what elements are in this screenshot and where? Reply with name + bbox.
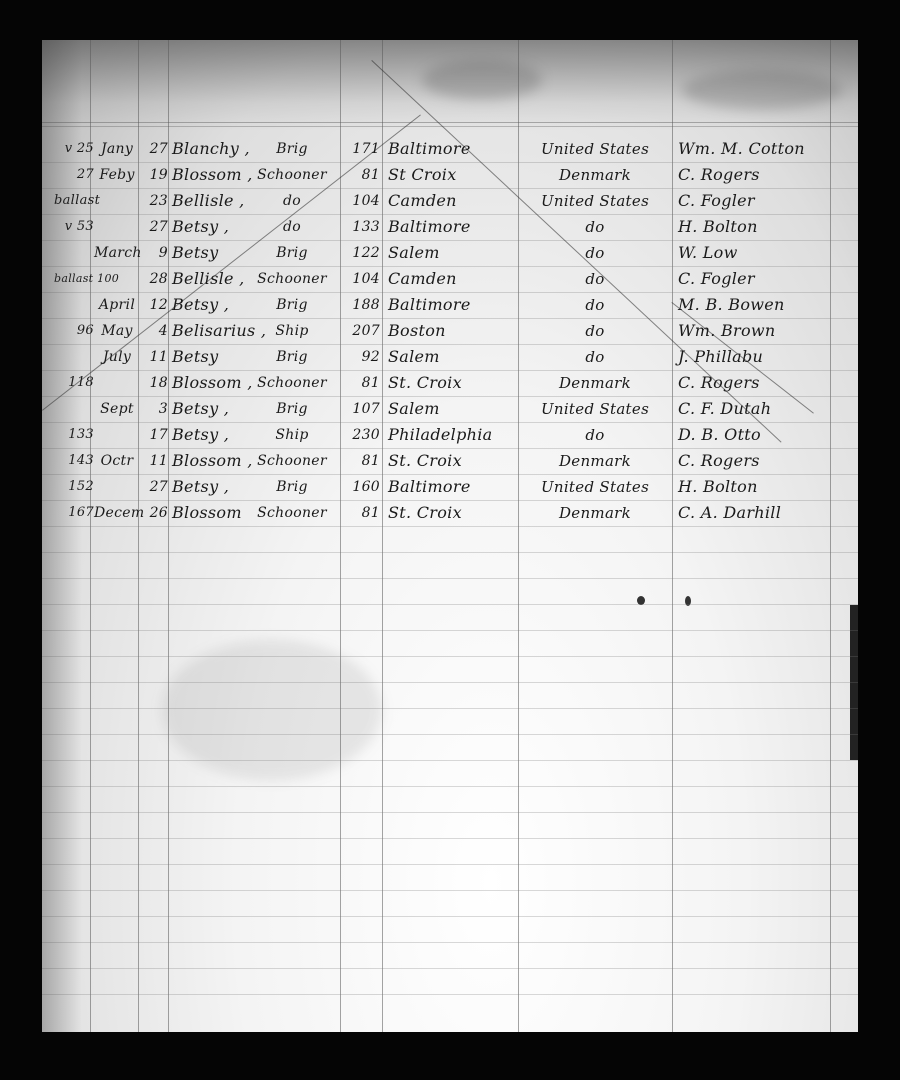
ledger-row: 143 Octr 11 Blossom , Schooner 81 St. Cr… xyxy=(42,448,858,474)
tons-cell: 160 xyxy=(340,474,380,500)
ref-cell xyxy=(54,344,94,370)
header-rule xyxy=(42,122,858,123)
port-cell: Baltimore xyxy=(388,136,518,162)
master-cell: D. B. Otto xyxy=(678,422,848,448)
row-rule xyxy=(42,760,858,761)
nation-cell: do xyxy=(520,240,670,266)
row-rule xyxy=(42,942,858,943)
day-cell: 28 xyxy=(138,266,168,292)
master-cell: Wm. M. Cotton xyxy=(678,136,848,162)
rig-cell: Brig xyxy=(247,136,337,162)
ledger-row: ballast 100 28 Bellisle , Schooner 104 C… xyxy=(42,266,858,292)
master-cell: C. Fogler xyxy=(678,266,848,292)
ref-cell: 167 xyxy=(54,500,94,526)
ref-cell: v 53 xyxy=(54,214,94,240)
port-cell: Camden xyxy=(388,266,518,292)
rig-cell: Schooner xyxy=(247,162,337,188)
rig-cell: Brig xyxy=(247,396,337,422)
row-rule xyxy=(42,916,858,917)
nation-cell: Denmark xyxy=(520,500,670,526)
month-cell: Sept xyxy=(94,396,140,422)
ledger-row: March 9 Betsy Brig 122 Salem do W. Low xyxy=(42,240,858,266)
row-rule xyxy=(42,656,858,657)
day-cell: 19 xyxy=(138,162,168,188)
master-cell: C. Rogers xyxy=(678,448,848,474)
row-rule xyxy=(42,786,858,787)
ref-cell: ballast 100 xyxy=(54,266,94,292)
ledger-row: 133 17 Betsy , Ship 230 Philadelphia do … xyxy=(42,422,858,448)
tons-cell: 92 xyxy=(340,344,380,370)
month-cell: Feby xyxy=(94,162,140,188)
nation-cell: do xyxy=(520,344,670,370)
tons-cell: 81 xyxy=(340,500,380,526)
stain xyxy=(162,640,382,780)
rig-cell: Schooner xyxy=(247,448,337,474)
tons-cell: 81 xyxy=(340,370,380,396)
master-cell: J. Phillabu xyxy=(678,344,848,370)
month-cell: Decem xyxy=(94,500,140,526)
rig-cell: Schooner xyxy=(247,266,337,292)
master-cell: H. Bolton xyxy=(678,474,848,500)
port-cell: Camden xyxy=(388,188,518,214)
row-rule xyxy=(42,682,858,683)
ledger-row: 152 27 Betsy , Brig 160 Baltimore United… xyxy=(42,474,858,500)
day-cell: 17 xyxy=(138,422,168,448)
ledger-row: April 12 Betsy , Brig 188 Baltimore do M… xyxy=(42,292,858,318)
day-cell: 26 xyxy=(138,500,168,526)
ref-cell xyxy=(54,396,94,422)
tons-cell: 171 xyxy=(340,136,380,162)
ref-cell: 96 xyxy=(54,318,94,344)
month-cell: July xyxy=(94,344,140,370)
day-cell: 18 xyxy=(138,370,168,396)
nation-cell: do xyxy=(520,292,670,318)
port-cell: St. Croix xyxy=(388,500,518,526)
port-cell: Salem xyxy=(388,240,518,266)
header-rule xyxy=(42,126,858,127)
rig-cell: Schooner xyxy=(247,500,337,526)
nation-cell: United States xyxy=(520,136,670,162)
port-cell: Philadelphia xyxy=(388,422,518,448)
nation-cell: do xyxy=(520,214,670,240)
month-cell xyxy=(94,266,140,292)
ledger-row: 118 18 Blossom , Schooner 81 St. Croix D… xyxy=(42,370,858,396)
port-cell: Salem xyxy=(388,396,518,422)
day-cell: 11 xyxy=(138,344,168,370)
month-cell xyxy=(94,214,140,240)
nation-cell: do xyxy=(520,318,670,344)
rig-cell: do xyxy=(247,214,337,240)
port-cell: Baltimore xyxy=(388,474,518,500)
stain xyxy=(422,60,542,100)
day-cell: 27 xyxy=(138,136,168,162)
nation-cell: Denmark xyxy=(520,448,670,474)
day-cell: 3 xyxy=(138,396,168,422)
ref-cell: 118 xyxy=(54,370,94,396)
ledger-row: ballast 23 Bellisle , do 104 Camden Unit… xyxy=(42,188,858,214)
rig-cell: Brig xyxy=(247,344,337,370)
nation-cell: Denmark xyxy=(520,162,670,188)
row-rule xyxy=(42,994,858,995)
day-cell: 4 xyxy=(138,318,168,344)
month-cell xyxy=(94,422,140,448)
tons-cell: 207 xyxy=(340,318,380,344)
port-cell: Salem xyxy=(388,344,518,370)
rig-cell: do xyxy=(247,188,337,214)
row-rule xyxy=(42,864,858,865)
row-rule xyxy=(42,812,858,813)
master-cell: H. Bolton xyxy=(678,214,848,240)
tons-cell: 81 xyxy=(340,448,380,474)
row-rule xyxy=(42,604,858,605)
port-cell: Baltimore xyxy=(388,214,518,240)
ref-cell xyxy=(54,292,94,318)
port-cell: St Croix xyxy=(388,162,518,188)
tons-cell: 81 xyxy=(340,162,380,188)
ref-cell: 133 xyxy=(54,422,94,448)
ref-cell: ballast xyxy=(54,188,94,214)
row-rule xyxy=(42,630,858,631)
stain xyxy=(682,70,842,110)
ledger-row: Sept 3 Betsy , Brig 107 Salem United Sta… xyxy=(42,396,858,422)
row-rule xyxy=(42,734,858,735)
port-cell: St. Croix xyxy=(388,448,518,474)
day-cell: 27 xyxy=(138,474,168,500)
ledger-row: 96 May 4 Belisarius , Ship 207 Boston do… xyxy=(42,318,858,344)
ref-cell: 143 xyxy=(54,448,94,474)
row-rule xyxy=(42,890,858,891)
master-cell: C. Fogler xyxy=(678,188,848,214)
day-cell: 12 xyxy=(138,292,168,318)
tons-cell: 107 xyxy=(340,396,380,422)
day-cell: 9 xyxy=(138,240,168,266)
row-rule xyxy=(42,552,858,553)
ref-cell xyxy=(54,240,94,266)
tons-cell: 188 xyxy=(340,292,380,318)
rig-cell: Ship xyxy=(247,318,337,344)
row-rule xyxy=(42,526,858,527)
ledger-row: v 53 27 Betsy , do 133 Baltimore do H. B… xyxy=(42,214,858,240)
month-cell xyxy=(94,188,140,214)
month-cell: Jany xyxy=(94,136,140,162)
nation-cell: do xyxy=(520,422,670,448)
row-rule xyxy=(42,708,858,709)
ledger-page: v 25 Jany 27 Blanchy , Brig 171 Baltimor… xyxy=(42,40,858,1032)
day-cell: 11 xyxy=(138,448,168,474)
master-cell: C. Rogers xyxy=(678,370,848,396)
nation-cell: United States xyxy=(520,474,670,500)
ledger-row: 167 Decem 26 Blossom Schooner 81 St. Cro… xyxy=(42,500,858,526)
ref-cell: 27 xyxy=(54,162,94,188)
rig-cell: Brig xyxy=(247,292,337,318)
month-cell: May xyxy=(94,318,140,344)
master-cell: M. B. Bowen xyxy=(678,292,848,318)
month-cell xyxy=(94,474,140,500)
ref-cell: 152 xyxy=(54,474,94,500)
month-cell: Octr xyxy=(94,448,140,474)
ledger-row: July 11 Betsy Brig 92 Salem do J. Philla… xyxy=(42,344,858,370)
nation-cell: Denmark xyxy=(520,370,670,396)
tons-cell: 230 xyxy=(340,422,380,448)
day-cell: 23 xyxy=(138,188,168,214)
month-cell: April xyxy=(94,292,140,318)
rig-cell: Ship xyxy=(247,422,337,448)
tons-cell: 122 xyxy=(340,240,380,266)
day-cell: 27 xyxy=(138,214,168,240)
rig-cell: Brig xyxy=(247,240,337,266)
ref-cell: v 25 xyxy=(54,136,94,162)
master-cell: W. Low xyxy=(678,240,848,266)
rig-cell: Schooner xyxy=(247,370,337,396)
month-cell: March xyxy=(94,240,140,266)
month-cell xyxy=(94,370,140,396)
tons-cell: 104 xyxy=(340,188,380,214)
nation-cell: United States xyxy=(520,188,670,214)
row-rule xyxy=(42,578,858,579)
tons-cell: 133 xyxy=(340,214,380,240)
port-cell: St. Croix xyxy=(388,370,518,396)
ledger-row: v 25 Jany 27 Blanchy , Brig 171 Baltimor… xyxy=(42,136,858,162)
master-cell: Wm. Brown xyxy=(678,318,848,344)
row-rule xyxy=(42,968,858,969)
master-cell: C. F. Dutah xyxy=(678,396,848,422)
nation-cell: do xyxy=(520,266,670,292)
tons-cell: 104 xyxy=(340,266,380,292)
ledger-row: 27 Feby 19 Blossom , Schooner 81 St Croi… xyxy=(42,162,858,188)
master-cell: C. A. Darhill xyxy=(678,500,848,526)
row-rule xyxy=(42,838,858,839)
port-cell: Boston xyxy=(388,318,518,344)
master-cell: C. Rogers xyxy=(678,162,848,188)
port-cell: Baltimore xyxy=(388,292,518,318)
rig-cell: Brig xyxy=(247,474,337,500)
nation-cell: United States xyxy=(520,396,670,422)
